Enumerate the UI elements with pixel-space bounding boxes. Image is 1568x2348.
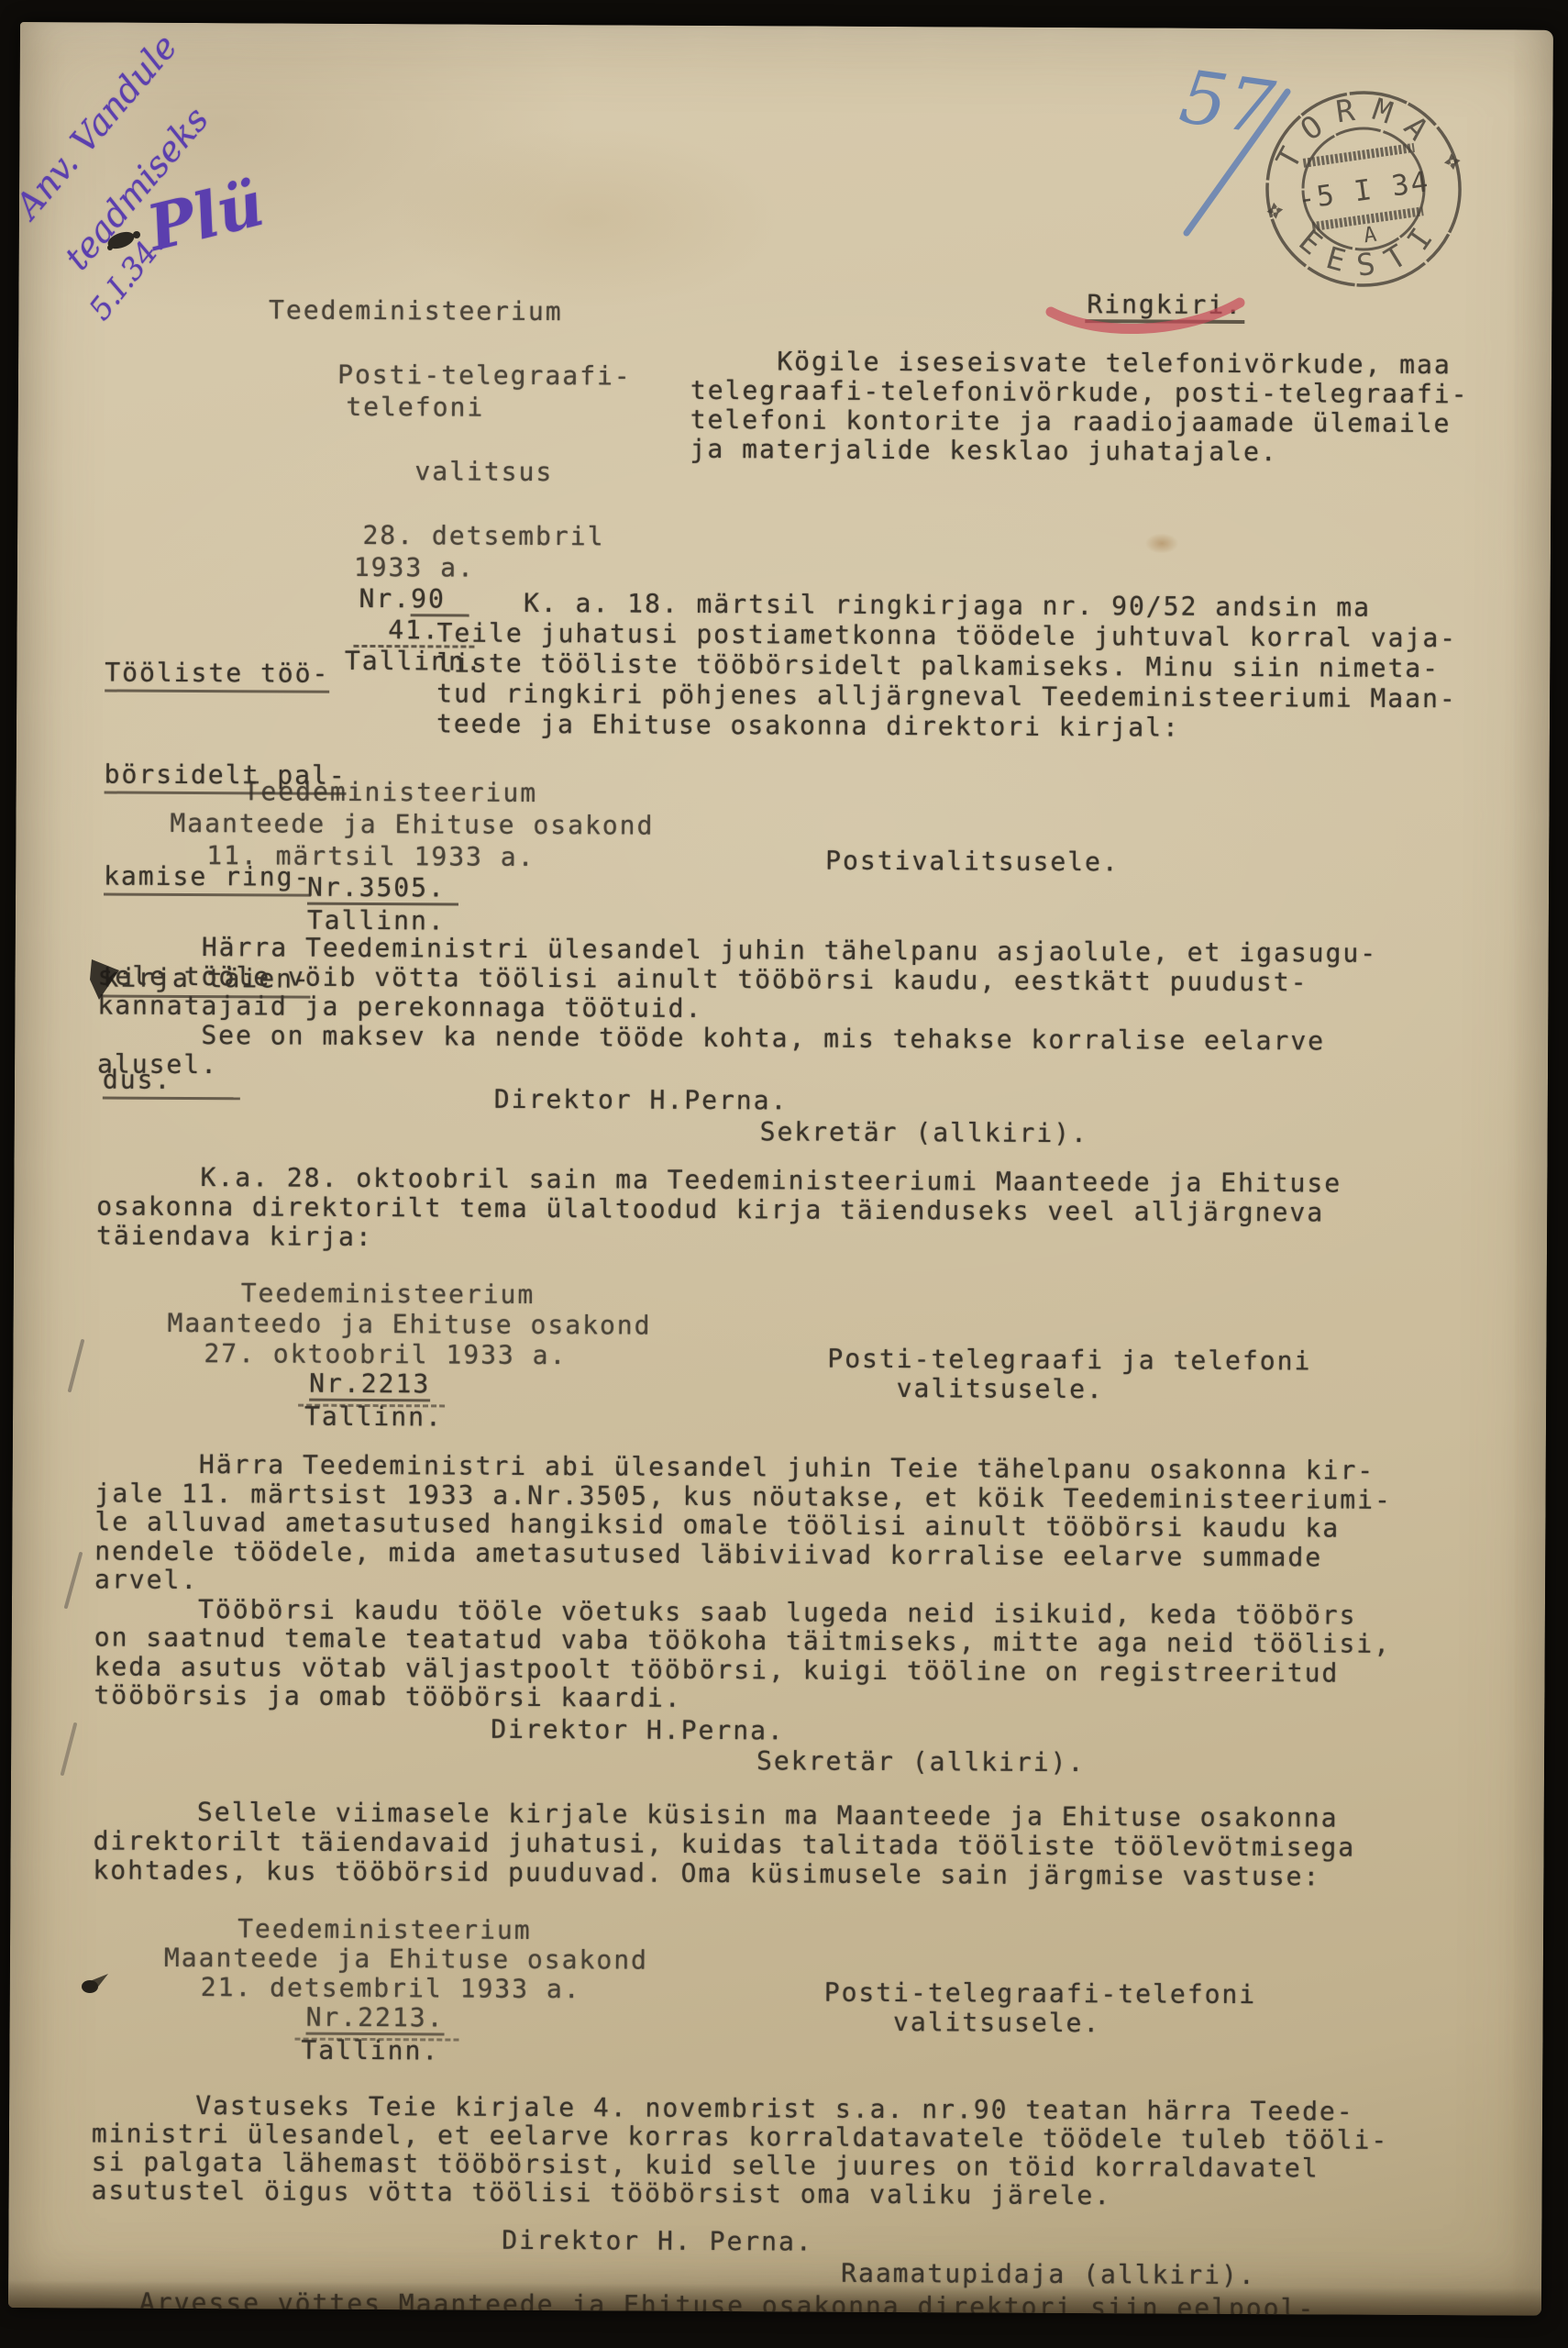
sender-lines: Teedeministeerium Posti-telegraafi-telef… bbox=[185, 293, 646, 585]
letter1-nr: Nr.3505. bbox=[307, 873, 458, 903]
letter3-date: 21. detsembril 1933 a. bbox=[201, 1973, 581, 2004]
recipients-block: Kögile iseseisvate telefonivörkude, maa … bbox=[690, 347, 1468, 468]
letter2-signature-director: Direktor H.Perna. bbox=[491, 1715, 785, 1746]
paragraph-intro: K. a. 18. märtsil ringkirjaga nr. 90/52 … bbox=[436, 587, 1457, 744]
letter1-nr-label: Nr. bbox=[307, 872, 359, 903]
sender-dept2: valitsus bbox=[414, 456, 553, 487]
letter1-nr-value: 3505. bbox=[359, 872, 446, 903]
letter1-org: Teedeministeerium bbox=[244, 777, 538, 808]
letter3-city: Tallinn. bbox=[301, 2036, 439, 2066]
letter1-city: Tallinn. bbox=[307, 906, 446, 936]
torn-bottom-edge bbox=[8, 2280, 1541, 2316]
letter3-org: Teedeministeerium bbox=[237, 1914, 532, 1945]
paper-sheet: Anv. Vandule teadmiseks 5.I.34. Plü Teed… bbox=[8, 22, 1553, 2316]
sender-date: 28. detsembril 1933 a. bbox=[354, 520, 623, 583]
doc-type-text: Ringkiri. bbox=[1085, 289, 1244, 324]
letter2-nr: Nr.2213 bbox=[309, 1369, 430, 1402]
paragraph-question: Sellele viimasele kirjale küsisin ma Maa… bbox=[93, 1797, 1355, 1891]
letter3-text: Vastuseks Teie kirjale 4. novembrist s.a… bbox=[92, 2090, 1389, 2210]
letter3-addressee: Posti-telegraafi-telefoni valitsusele. bbox=[824, 1978, 1257, 2039]
letter2-addressee: Posti-telegraafi ja telefoni valitsusele… bbox=[827, 1345, 1311, 1406]
letter2-text: Härra Teedeministri abi ülesandel juhin … bbox=[94, 1449, 1392, 1716]
letter3-nr-value: 2213. bbox=[358, 2002, 444, 2032]
sender-nr-label: Nr. bbox=[359, 583, 411, 614]
letter2-signature-secretary: Sekretär (allkiri). bbox=[756, 1746, 1085, 1778]
letter1-signature-director: Direktor H.Perna. bbox=[494, 1085, 789, 1116]
letter1-text: Härra Teedeministri ülesandel juhin tähe… bbox=[97, 932, 1377, 1085]
document-scan: Anv. Vandule teadmiseks 5.I.34. Plü Teed… bbox=[0, 0, 1568, 2348]
letter1-date: 11. märtsil 1933 a. bbox=[206, 841, 535, 872]
letter2-dept: Maanteedo ja Ehituse osakond bbox=[167, 1309, 651, 1341]
letter3-signature-director: Direktor H. Perna. bbox=[502, 2226, 813, 2257]
letter2-date: 27. oktoobril 1933 a. bbox=[204, 1339, 567, 1370]
letter2-org: Teedeministeerium bbox=[241, 1279, 536, 1310]
sender-org: Teedeministeerium bbox=[269, 294, 563, 327]
letter1-addressee: Postivalitsusele. bbox=[825, 847, 1120, 878]
letter1-signature-secretary: Sekretär (allkiri). bbox=[760, 1117, 1088, 1148]
letter3-dept: Maanteede ja Ehituse osakond bbox=[164, 1944, 648, 1976]
sender-dept1: Posti-telegraafi-telefoni bbox=[337, 360, 632, 423]
letter1-dept: Maanteede ja Ehituse osakond bbox=[170, 809, 654, 841]
letter3-nr-label: Nr. bbox=[306, 2002, 359, 2032]
paragraph-between: K.a. 28. oktoobril sain ma Teedeministee… bbox=[96, 1162, 1342, 1257]
letter2-city: Tallinn. bbox=[304, 1402, 443, 1433]
letter2-nr-label: Nr. bbox=[309, 1368, 361, 1399]
letter2-nr-value: 2213 bbox=[361, 1368, 431, 1399]
letter3-nr: Nr.2213. bbox=[306, 2003, 445, 2036]
margin-note-line1: Tööliste töö- bbox=[105, 656, 329, 692]
doc-type-heading: Ringkiri. bbox=[1085, 290, 1244, 320]
